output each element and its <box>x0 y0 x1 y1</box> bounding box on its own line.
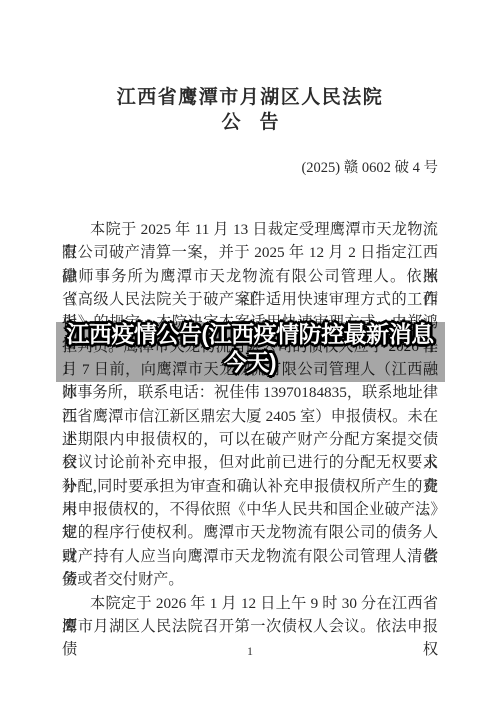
body-line: 务或者交付财产。 <box>62 568 438 591</box>
page-number: 1 <box>0 644 500 659</box>
body-line: 师事务所，联系电话：祝佳伟 13970184835，联系地址：江 <box>62 381 438 404</box>
announcement-body: 本院于 2025 年 11 月 13 日裁定受理鹰潭市天龙物流有 限公司破产清算… <box>62 218 438 638</box>
body-line: 未申报债权的，不得依照《中华人民共和国企业破产法》规 <box>62 498 438 521</box>
body-line: 省高级人民法院关于破产案件适用快速审理方式的工作指 <box>62 288 438 311</box>
body-line: 财产持有人应当向鹰潭市天龙物流有限公司管理人清偿债 <box>62 545 438 568</box>
announcement-page: 江西省鹰潭市月湖区人民法院 公 告 (2025) 赣 0602 破 4 号 本院… <box>0 0 500 706</box>
body-line: 西省鹰潭市信江新区鼎宏大厦 2405 室）申报债权。未在上 <box>62 405 438 428</box>
body-line: 本院定于 2026 年 1 月 12 日上午 9 时 30 分在江西省鹰 <box>62 592 438 615</box>
body-line: 律师事务所为鹰潭市天龙物流有限公司管理人。依照《江西 <box>62 265 438 288</box>
body-line: 定的程序行使权利。鹰潭市天龙物流有限公司的债务人或者 <box>62 521 438 544</box>
body-line: 分配,同时要承担为审查和确认补充申报债权所产生的费用。 <box>62 475 438 498</box>
court-name: 江西省鹰潭市月湖区人民法院 <box>0 82 500 109</box>
body-line: 限公司破产清算一案，并于 2025 年 12 月 2 日指定江西融冰 <box>62 241 438 264</box>
body-line: 本院于 2025 年 11 月 13 日裁定受理鹰潭市天龙物流有 <box>62 218 438 241</box>
watermark-overlay-line1: 江西疫情公告(江西疫情防控最新消息 <box>0 321 500 349</box>
body-line: 会议讨论前补充申报，但对此前已进行的分配无权要求补充 <box>62 451 438 474</box>
watermark-overlay-text: 江西疫情公告(江西疫情防控最新消息 今天) <box>0 321 500 376</box>
watermark-overlay-line2: 今天) <box>0 349 500 377</box>
body-line: 述期限内申报债权的，可以在破产财产分配方案提交债权人 <box>62 428 438 451</box>
body-line: 潭市月湖区人民法院召开第一次债权人会议。依法申报债权 <box>62 615 438 638</box>
announcement-title: 公 告 <box>0 107 500 134</box>
case-number: (2025) 赣 0602 破 4 号 <box>0 156 438 177</box>
